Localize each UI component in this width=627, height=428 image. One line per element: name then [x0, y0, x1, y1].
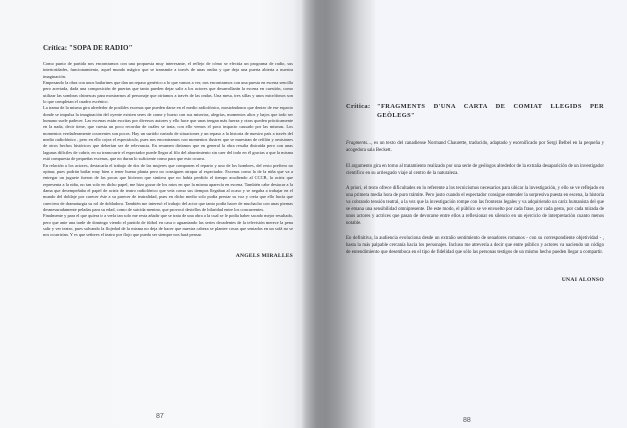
paragraph: En definitiva, la audiencia evoluciona d…	[346, 236, 604, 257]
page-number-right: 88	[463, 417, 471, 424]
title-text: "FRAGMENTS D'UNA CARTA DE COMIAT LLEGIDS…	[377, 103, 604, 120]
review-title-sopa-de-radio: Crítica: "SOPA DE RADIO"	[43, 44, 293, 52]
author-signature: ANGELS MIRALLES	[43, 253, 293, 259]
paragraph: Empezando la obra con unos bailarines qu…	[43, 80, 293, 105]
paragraph-intro: Fragments…, es un texto del canadiense N…	[346, 141, 604, 155]
book-spread: Crítica: "SOPA DE RADIO" Como punto de p…	[0, 0, 627, 428]
paragraph: A priori, el texto ofrece dificultades e…	[346, 186, 604, 227]
page-number-left: 87	[156, 413, 164, 420]
left-page-content: Crítica: "SOPA DE RADIO" Como punto de p…	[43, 44, 293, 259]
review-title-fragments: Crítica: "FRAGMENTS D'UNA CARTA DE COMIA…	[346, 103, 604, 120]
intro-italic: Fragments…	[346, 141, 371, 146]
title-label: Crítica:	[346, 103, 377, 120]
paragraph: El argumento gira en torno al tratamient…	[346, 164, 604, 178]
paragraph: Finalmente y para el que quiera ir a ver…	[43, 213, 293, 238]
review-body: Como punto de partida nos encontramos co…	[43, 61, 293, 239]
paragraph: Como punto de partida nos encontramos co…	[43, 61, 293, 80]
intro-rest: , es un texto del canadiense Normand Cha…	[346, 141, 604, 153]
paragraph: La trama de la misma gira alrededor de p…	[43, 105, 293, 162]
review-body: Fragments…, es un texto del canadiense N…	[346, 141, 604, 257]
right-page-content: Crítica: "FRAGMENTS D'UNA CARTA DE COMIA…	[346, 103, 604, 283]
paragraph: En relación a los actores, destacaría el…	[43, 163, 293, 214]
author-signature: UNAI ALONSO	[346, 277, 604, 283]
